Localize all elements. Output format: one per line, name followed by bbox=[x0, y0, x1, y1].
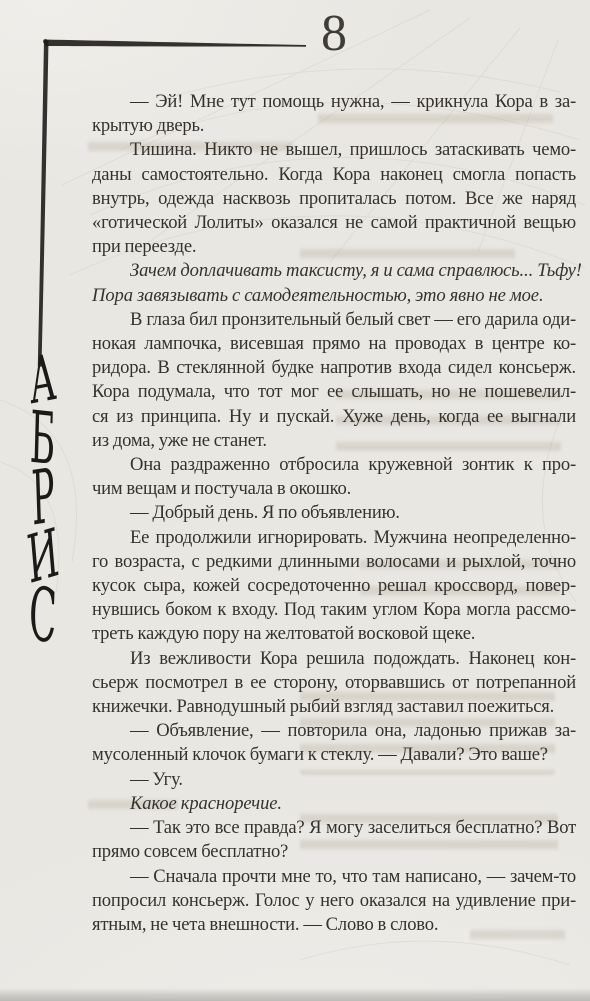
book-page: 8 А Б Р И С — Эй! Мне тут помощь нужна, … bbox=[0, 0, 590, 1001]
text-line: книжечки. Равнодушный рыбий взгляд заста… bbox=[92, 695, 576, 719]
text-line: треть каждую пору на желтоватой восковой… bbox=[92, 622, 576, 646]
text-line: ся из принципа. Ну и пускай. Хуже день, … bbox=[92, 405, 576, 429]
text-line: — Угу. bbox=[92, 768, 576, 792]
text-line: даны самостоятельно. Когда Кора наконец … bbox=[92, 163, 576, 187]
text-line: ридора. В стеклянной будке напротив вход… bbox=[92, 356, 576, 380]
text-line: Пора завязывать с самодеятельностью, это… bbox=[92, 284, 576, 308]
text-line: из дома, уже не станет. bbox=[92, 429, 576, 453]
text-line: — Так это все правда? Я могу заселиться … bbox=[92, 816, 576, 840]
spine-letter: С bbox=[28, 586, 57, 646]
text-line: кусок сыра, кожей сосредоточенно решал к… bbox=[92, 574, 576, 598]
text-line: прямо совсем бесплатно? bbox=[92, 840, 576, 864]
text-line: ятным, не чета внешности. — Слово в слов… bbox=[92, 913, 576, 937]
text-line: го возраста, с редкими длинными волосами… bbox=[92, 550, 576, 574]
text-column: — Эй! Мне тут помощь нужна, — крикнула К… bbox=[92, 90, 576, 937]
text-line: Кора подумала, что тот мог ее слышать, н… bbox=[92, 380, 576, 404]
text-line: Она раздраженно отбросила кружевной зонт… bbox=[92, 453, 576, 477]
text-line: Тишина. Никто не вышел, пришлось затаски… bbox=[92, 138, 576, 162]
text-line: нувшись боком к входу. Под таким углом К… bbox=[92, 598, 576, 622]
text-line: В глаза бил пронзительный белый свет — е… bbox=[92, 308, 576, 332]
text-line: внутрь, одежда насквозь пропиталась пото… bbox=[92, 187, 576, 211]
page-number: 8 bbox=[92, 6, 576, 62]
text-line: попросил консьерж. Голос у него оказался… bbox=[92, 889, 576, 913]
text-line: Из вежливости Кора решила подождать. Нак… bbox=[92, 647, 576, 671]
text-line: Какое красноречие. bbox=[92, 792, 576, 816]
text-line: — Сначала прочти мне то, что там написан… bbox=[92, 865, 576, 889]
text-line: сьерж посмотрел в ее сторону, оторвавшис… bbox=[92, 671, 576, 695]
text-line: крытую дверь. bbox=[92, 114, 576, 138]
text-line: чим вещам и постучала в окошко. bbox=[92, 477, 576, 501]
page-bottom-edge bbox=[0, 988, 590, 1001]
text-line: мусоленный клочок бумаги к стеклу. — Дав… bbox=[92, 743, 576, 767]
text-line: нокая лампочка, висевшая прямо на провод… bbox=[92, 332, 576, 356]
text-line: — Добрый день. Я по объявлению. bbox=[92, 501, 576, 525]
text-line: — Объявление, — повторила она, ладонью п… bbox=[92, 719, 576, 743]
text-line: при переезде. bbox=[92, 235, 576, 259]
text-line: Ее продолжили игнорировать. Мужчина неоп… bbox=[92, 526, 576, 550]
text-line: Зачем доплачивать таксисту, я и сама спр… bbox=[92, 259, 576, 283]
spine-title: А Б Р И С bbox=[12, 350, 74, 645]
text-line: — Эй! Мне тут помощь нужна, — крикнула К… bbox=[92, 90, 576, 114]
text-line: «готической Лолиты» оказался не самой пр… bbox=[92, 211, 576, 235]
